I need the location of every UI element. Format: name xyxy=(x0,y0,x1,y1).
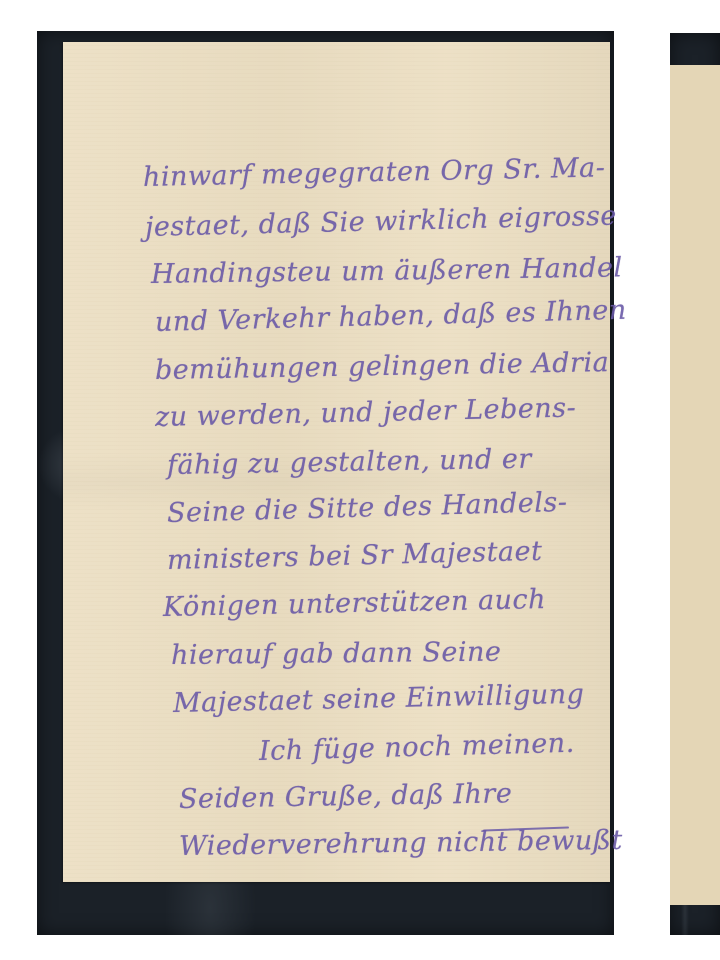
handwritten-line: ministers bei Sr Majestaet xyxy=(167,536,543,576)
letter-page-right-partial xyxy=(670,65,720,905)
handwritten-line: zu werden, und jeder Lebens- xyxy=(155,392,577,433)
handwritten-line: Majestaet seine Einwilligung xyxy=(173,679,585,719)
letter-page-left: hinwarf megegraten Org Sr. Ma- jestaet, … xyxy=(63,42,610,882)
handwritten-line: hierauf gab dann Seine xyxy=(171,637,502,671)
handwritten-line: Handingsteu um äußeren Handel xyxy=(151,252,623,290)
handwritten-text-block: hinwarf megegraten Org Sr. Ma- jestaet, … xyxy=(63,42,610,882)
handwritten-line: Seiden Gruße, daß Ihre xyxy=(179,778,513,815)
handwritten-line: jestaet, daß Sie wirklich eigrosse xyxy=(145,200,618,243)
handwritten-line: Wiederverehrung nicht bewußt xyxy=(179,825,623,862)
handwritten-line: fähig zu gestalten, und er xyxy=(167,444,532,481)
handwritten-line: hinwarf megegraten Org Sr. Ma- xyxy=(143,152,606,193)
handwritten-line: Seine die Sitte des Handels- xyxy=(167,487,568,529)
handwritten-line: bemühungen gelingen die Adria xyxy=(155,347,610,386)
handwritten-line: Ich füge noch meinen. xyxy=(259,728,575,767)
handwritten-line: und Verkehr haben, daß es Ihnen xyxy=(155,295,627,338)
handwritten-line: Königen unterstützen auch xyxy=(163,584,547,623)
